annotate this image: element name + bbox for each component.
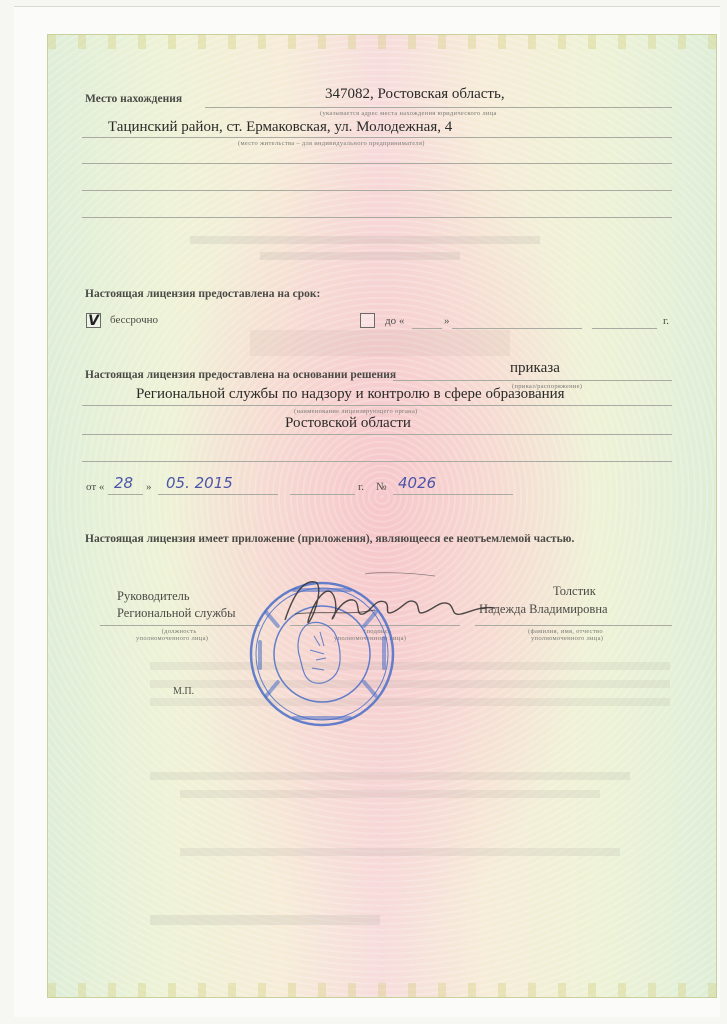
location-label: Место нахождения bbox=[85, 93, 182, 105]
authority-rule-2 bbox=[82, 434, 672, 435]
blank-rule bbox=[82, 163, 672, 164]
decision-number-label: № bbox=[376, 481, 387, 493]
location-hint-1: (указывается адрес места нахождения юрид… bbox=[320, 110, 497, 117]
position-line-1: Руководитель bbox=[117, 589, 190, 604]
decision-year-rule bbox=[290, 494, 355, 495]
authority-line-2: Ростовской области bbox=[285, 415, 411, 432]
blank-rule bbox=[82, 217, 672, 218]
location-line-1-rule bbox=[205, 107, 672, 108]
signatory-surname: Толстик bbox=[553, 584, 596, 599]
until-year-suffix: г. bbox=[663, 315, 669, 327]
term-label: Настоящая лицензия предоставлена на срок… bbox=[85, 288, 320, 300]
decision-quote-close: » bbox=[146, 481, 152, 493]
until-quote-close: » bbox=[444, 315, 450, 327]
position-line-2: Региональной службы bbox=[117, 606, 236, 621]
decision-number-rule bbox=[393, 494, 513, 495]
position-hint: (должность уполномоченного лица) bbox=[150, 628, 208, 642]
name-hint: (фамилия, имя, отчество уполномоченного … bbox=[528, 628, 603, 642]
until-month-rule bbox=[452, 328, 582, 329]
indefinite-checkbox[interactable]: V bbox=[86, 313, 101, 328]
decision-month-rule bbox=[158, 494, 278, 495]
location-line-2: Тацинский район, ст. Ермаковская, ул. Мо… bbox=[108, 119, 452, 136]
decision-month-year: 05. 2015 bbox=[166, 474, 233, 492]
decorative-border-bottom bbox=[48, 983, 716, 997]
blank-rule bbox=[82, 190, 672, 191]
until-year-rule bbox=[592, 328, 657, 329]
authority-rule-1 bbox=[82, 405, 672, 406]
decision-number: 4026 bbox=[398, 474, 436, 492]
until-date-checkbox[interactable] bbox=[360, 313, 375, 328]
indefinite-label: бессрочно bbox=[110, 314, 158, 326]
position-rule bbox=[100, 625, 260, 626]
seal-label: М.П. bbox=[173, 686, 194, 697]
decision-day-rule bbox=[108, 494, 143, 495]
location-hint-2: (место жительства – для индивидуального … bbox=[238, 140, 425, 147]
decision-year-suffix: г. bbox=[358, 481, 364, 493]
decision-type: приказа bbox=[510, 360, 560, 377]
checkmark-icon: V bbox=[88, 314, 99, 328]
until-day-rule bbox=[412, 328, 442, 329]
authority-line-1: Региональной службы по надзору и контрол… bbox=[136, 386, 565, 403]
location-line-1: 347082, Ростовская область, bbox=[325, 86, 505, 103]
until-label: до « bbox=[385, 315, 404, 327]
location-line-2-rule bbox=[82, 137, 672, 138]
decision-day: 28 bbox=[114, 474, 133, 492]
decision-type-rule bbox=[393, 380, 672, 381]
signature-icon bbox=[265, 570, 515, 640]
appendix-note: Настоящая лицензия имеет приложение (при… bbox=[85, 533, 574, 545]
decision-from-label: от « bbox=[86, 481, 104, 493]
decorative-border-top bbox=[48, 35, 716, 49]
authority-hint: (наименование лицензирующего органа) bbox=[294, 408, 418, 415]
basis-label: Настоящая лицензия предоставлена на осно… bbox=[85, 369, 396, 381]
blank-rule bbox=[82, 461, 672, 462]
